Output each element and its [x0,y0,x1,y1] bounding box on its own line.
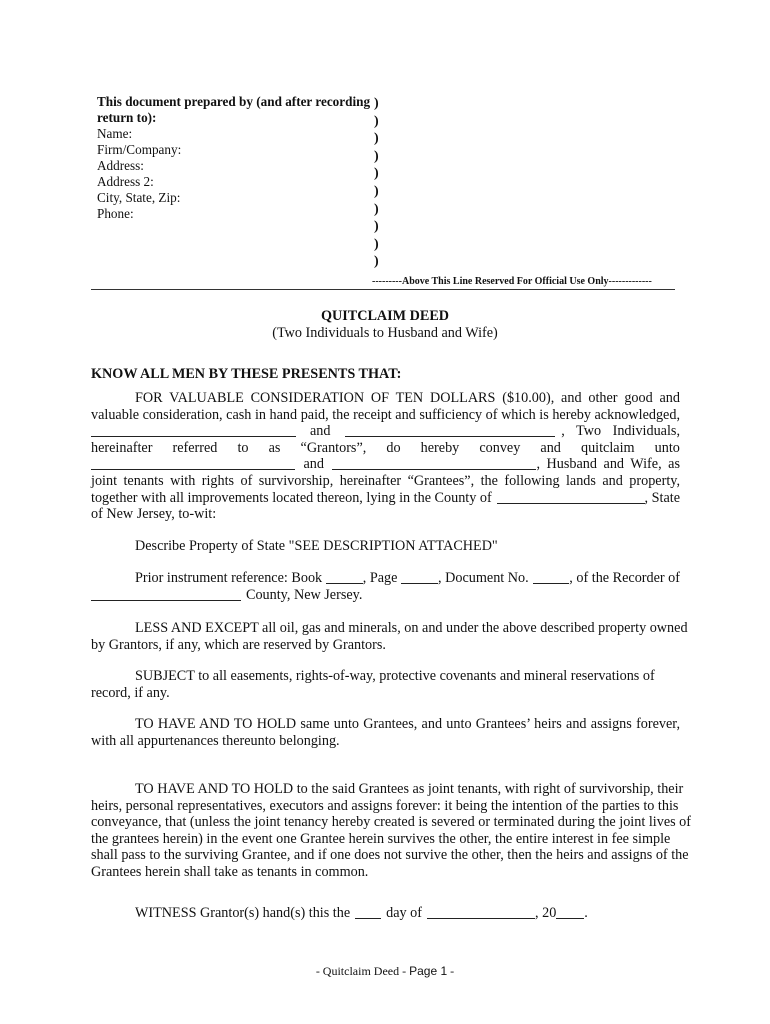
two-individuals-text: , Two Individuals, [555,423,681,440]
paren: ) [374,95,379,113]
county-new-jersey-label: County, New Jersey. [246,587,362,604]
state-text: , State [645,490,680,507]
paren: ) [374,165,379,183]
describe-property-text: Describe Property of State "SEE DESCRIPT… [91,538,680,555]
describe-property-paragraph: Describe Property of State "SEE DESCRIPT… [91,538,680,555]
recorder-label: , of the Recorder of [569,570,680,587]
county-blank[interactable] [497,490,645,504]
consideration-line-1: FOR VALUABLE CONSIDERATION OF TEN DOLLAR… [91,390,680,407]
less-except-line-2: by Grantors, if any, which are reserved … [91,637,680,654]
field-city-state-zip-label: City, State, Zip: [97,190,372,206]
habendum-2-line: conveyance, that (unless the joint tenan… [91,814,680,831]
footer-suffix: - [447,964,454,978]
year-prefix-text: , 20 [535,905,556,922]
paren: ) [374,236,379,254]
witness-text: WITNESS Grantor(s) hand(s) this the [91,905,350,922]
and-text: and [310,423,331,440]
document-no-label: , Document No. [438,570,529,587]
prepared-by-heading-1: This document prepared by (and after rec… [97,94,372,110]
witness-line: WITNESS Grantor(s) hand(s) this the day … [91,905,680,922]
word: convey [479,440,520,457]
year-blank[interactable] [556,905,584,919]
subject-to-line-1: SUBJECT to all easements, rights-of-way,… [91,668,680,685]
habendum-2-line: the grantees herein) in the event one Gr… [91,831,680,848]
prior-instrument-paragraph: Prior instrument reference: Book , Page … [91,570,680,603]
grantees-names-line: and , Husband and Wife, as [91,456,680,473]
word: hereby [421,440,460,457]
habendum-2-line: heirs, personal representatives, executo… [91,798,680,815]
document-subtitle: (Two Individuals to Husband and Wife) [0,325,770,342]
paren: ) [374,148,379,166]
consideration-line-6: joint tenants with rights of survivorshi… [91,473,680,490]
grantor-1-name-blank[interactable] [91,423,296,437]
grantors-referred-line: hereinafter referred to as “Grantors”, d… [91,440,680,457]
habendum-paragraph-2: TO HAVE AND TO HOLD to the said Grantees… [91,781,680,881]
habendum-2-line: shall pass to the surviving Grantee, and… [91,847,680,864]
paren: ) [374,113,379,131]
subject-to-paragraph: SUBJECT to all easements, rights-of-way,… [91,668,680,701]
less-and-except-paragraph: LESS AND EXCEPT all oil, gas and mineral… [91,620,680,653]
paren: ) [374,183,379,201]
habendum-paragraph-1: TO HAVE AND TO HOLD same unto Grantees, … [91,716,680,749]
footer-page-number: Page 1 [409,964,447,978]
consideration-paragraph: FOR VALUABLE CONSIDERATION OF TEN DOLLAR… [91,390,680,523]
county-text: together with all improvements located t… [91,490,492,507]
word: unto [655,440,680,457]
subject-to-line-2: record, if any. [91,685,680,702]
day-blank[interactable] [355,905,381,919]
field-phone-label: Phone: [97,206,372,222]
parenthesis-column: ) ) ) ) ) ) ) ) ) ) [374,95,379,271]
habendum-1-line-2: with all appurtenances thereunto belongi… [91,733,680,750]
official-use-divider [91,289,675,290]
grantor-2-name-blank[interactable] [345,423,555,437]
field-address-label: Address: [97,158,372,174]
field-address2-label: Address 2: [97,174,372,190]
month-blank[interactable] [427,905,535,919]
day-of-text: day of [386,905,422,922]
recorder-county-blank[interactable] [91,587,241,601]
word: as [269,440,281,457]
witness-paragraph: WITNESS Grantor(s) hand(s) this the day … [91,905,680,922]
book-blank[interactable] [326,570,363,584]
document-no-blank[interactable] [533,570,570,584]
husband-wife-text: , Husband and Wife, as [536,456,680,473]
know-all-heading: KNOW ALL MEN BY THESE PRESENTS THAT: [91,366,401,383]
paren: ) [374,253,379,271]
word: to [237,440,248,457]
page-blank[interactable] [401,570,438,584]
prepared-by-heading-2: return to): [97,110,372,126]
word: quitclaim [581,440,635,457]
field-firm-label: Firm/Company: [97,142,372,158]
page-footer: - Quitclaim Deed - Page 1 - [0,964,770,979]
grantors-names-line: and , Two Individuals, [91,423,680,440]
paren: ) [374,201,379,219]
official-use-notice: ---------Above This Line Reserved For Of… [372,276,652,287]
word: do [386,440,400,457]
habendum-2-line: TO HAVE AND TO HOLD to the said Grantees… [91,781,680,798]
field-name-label: Name: [97,126,372,142]
page-label: , Page [363,570,398,587]
word: and [540,440,561,457]
period: . [584,905,588,922]
and-text: and [303,456,324,473]
word: referred [173,440,218,457]
consideration-line-2: valuable consideration, cash in hand pai… [91,407,680,424]
document-page: This document prepared by (and after rec… [0,0,770,1024]
grantee-1-name-blank[interactable] [91,456,295,470]
paren: ) [374,218,379,236]
document-title: QUITCLAIM DEED [0,308,770,325]
habendum-1-line-1: TO HAVE AND TO HOLD same unto Grantees, … [91,716,680,733]
paren: ) [374,130,379,148]
grantee-2-name-blank[interactable] [332,456,536,470]
prior-instrument-line-2: County, New Jersey. [91,587,680,604]
less-except-line-1: LESS AND EXCEPT all oil, gas and mineral… [91,620,680,637]
prior-instrument-line-1: Prior instrument reference: Book , Page … [91,570,680,587]
county-line: together with all improvements located t… [91,490,680,507]
habendum-2-line: Grantees herein shall take as tenants in… [91,864,680,881]
word: “Grantors”, [301,440,367,457]
consideration-line-8: of New Jersey, to-wit: [91,506,680,523]
prepared-by-block: This document prepared by (and after rec… [97,94,372,222]
word: hereinafter [91,440,152,457]
footer-doc-name: - Quitclaim Deed - [316,964,409,978]
book-label: Prior instrument reference: Book [91,570,322,587]
